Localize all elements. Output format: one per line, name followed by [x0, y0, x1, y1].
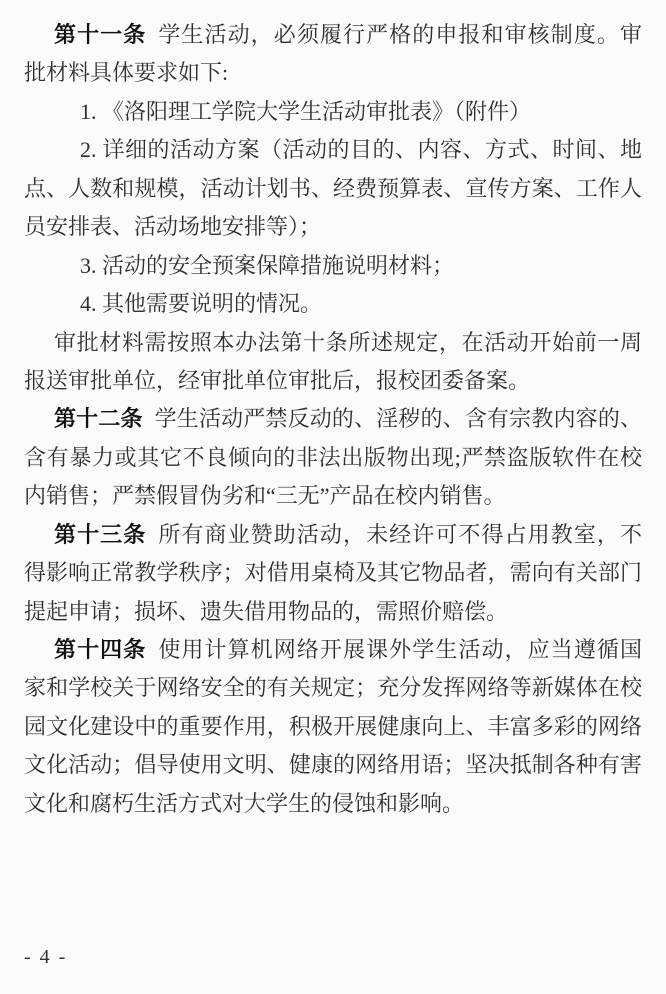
text-line: 2. 详细的活动方案（活动的目的、内容、方式、时间、地 [24, 131, 642, 169]
line-text: 内销售；严禁假冒伪劣和“三无”产品在校内销售。 [24, 483, 506, 508]
line-text: 含有暴力或其它不良倾向的非法出版物出现;严禁盗版软件在校 [24, 445, 642, 470]
line-text: 审批材料需按照本办法第十条所述规定，在活动开始前一周 [54, 330, 642, 355]
line-text: 文化和腐朽生活方式对大学生的侵蚀和影响。 [24, 791, 464, 816]
line-text: 2. 详细的活动方案（活动的目的、内容、方式、时间、地 [80, 137, 642, 162]
article-number: 第十一条 [54, 22, 146, 47]
line-text: 家和学校关于网络安全的有关规定；充分发挥网络等新媒体在校 [24, 675, 642, 700]
article-number: 第十四条 [54, 637, 146, 662]
line-text: 园文化建设中的重要作用，积极开展健康向上、丰富多彩的网络 [24, 714, 642, 739]
line-text: 学生活动严禁反动的、淫秽的、含有宗教内容的、 [155, 406, 642, 431]
text-line: 文化和腐朽生活方式对大学生的侵蚀和影响。 [24, 785, 642, 823]
text-line: 第十四条使用计算机网络开展课外学生活动，应当遵循国 [24, 631, 642, 669]
text-line: 员安排表、活动场地安排等）； [24, 208, 642, 246]
line-text: 点、人数和规模，活动计划书、经费预算表、宣传方案、工作人 [24, 176, 642, 201]
line-text: 1. 《洛阳理工学院大学生活动审批表》（附件） [80, 99, 531, 124]
line-text: 批材料具体要求如下: [24, 60, 228, 85]
text-line: 第十三条所有商业赞助活动，未经许可不得占用教室，不 [24, 516, 642, 554]
text-line: 含有暴力或其它不良倾向的非法出版物出现;严禁盗版软件在校 [24, 439, 642, 477]
text-line: 得影响正常教学秩序；对借用桌椅及其它物品者，需向有关部门 [24, 554, 642, 592]
article-number: 第十三条 [54, 522, 146, 547]
text-line: 报送审批单位，经审批单位审批后，报校团委备案。 [24, 362, 642, 400]
line-text: 文化活动；倡导使用文明、健康的网络用语；坚决抵制各种有害 [24, 752, 642, 777]
text-line: 内销售；严禁假冒伪劣和“三无”产品在校内销售。 [24, 477, 642, 515]
text-line: 园文化建设中的重要作用，积极开展健康向上、丰富多彩的网络 [24, 708, 642, 746]
text-line: 1. 《洛阳理工学院大学生活动审批表》（附件） [24, 93, 642, 131]
line-text: 学生活动，必须履行严格的申报和审核制度。审 [158, 22, 642, 47]
line-text: 员安排表、活动场地安排等）； [24, 214, 321, 239]
line-text: 提起申请；损坏、遗失借用物品的，需照价赔偿。 [24, 599, 508, 624]
line-text: 使用计算机网络开展课外学生活动，应当遵循国 [158, 637, 642, 662]
line-text: 3. 活动的安全预案保障措施说明材料； [80, 253, 454, 278]
document-body: 第十一条学生活动，必须履行严格的申报和审核制度。审 批材料具体要求如下: 1. … [24, 16, 642, 823]
line-text: 得影响正常教学秩序；对借用桌椅及其它物品者，需向有关部门 [24, 560, 642, 585]
line-text: 4. 其他需要说明的情况。 [80, 291, 322, 316]
text-line: 文化活动；倡导使用文明、健康的网络用语；坚决抵制各种有害 [24, 746, 642, 784]
article-number: 第十二条 [54, 406, 143, 431]
text-line: 批材料具体要求如下: [24, 54, 642, 92]
page-number: - 4 - [24, 946, 67, 969]
text-line: 审批材料需按照本办法第十条所述规定，在活动开始前一周 [24, 324, 642, 362]
document-page: 第十一条学生活动，必须履行严格的申报和审核制度。审 批材料具体要求如下: 1. … [0, 0, 666, 994]
text-line: 第十一条学生活动，必须履行严格的申报和审核制度。审 [24, 16, 642, 54]
line-text: 所有商业赞助活动，未经许可不得占用教室，不 [158, 522, 642, 547]
text-line: 点、人数和规模，活动计划书、经费预算表、宣传方案、工作人 [24, 170, 642, 208]
text-line: 家和学校关于网络安全的有关规定；充分发挥网络等新媒体在校 [24, 669, 642, 707]
line-text: 报送审批单位，经审批单位审批后，报校团委备案。 [24, 368, 530, 393]
text-line: 3. 活动的安全预案保障措施说明材料； [24, 247, 642, 285]
text-line: 第十二条学生活动严禁反动的、淫秽的、含有宗教内容的、 [24, 400, 642, 438]
text-line: 4. 其他需要说明的情况。 [24, 285, 642, 323]
text-line: 提起申请；损坏、遗失借用物品的，需照价赔偿。 [24, 593, 642, 631]
